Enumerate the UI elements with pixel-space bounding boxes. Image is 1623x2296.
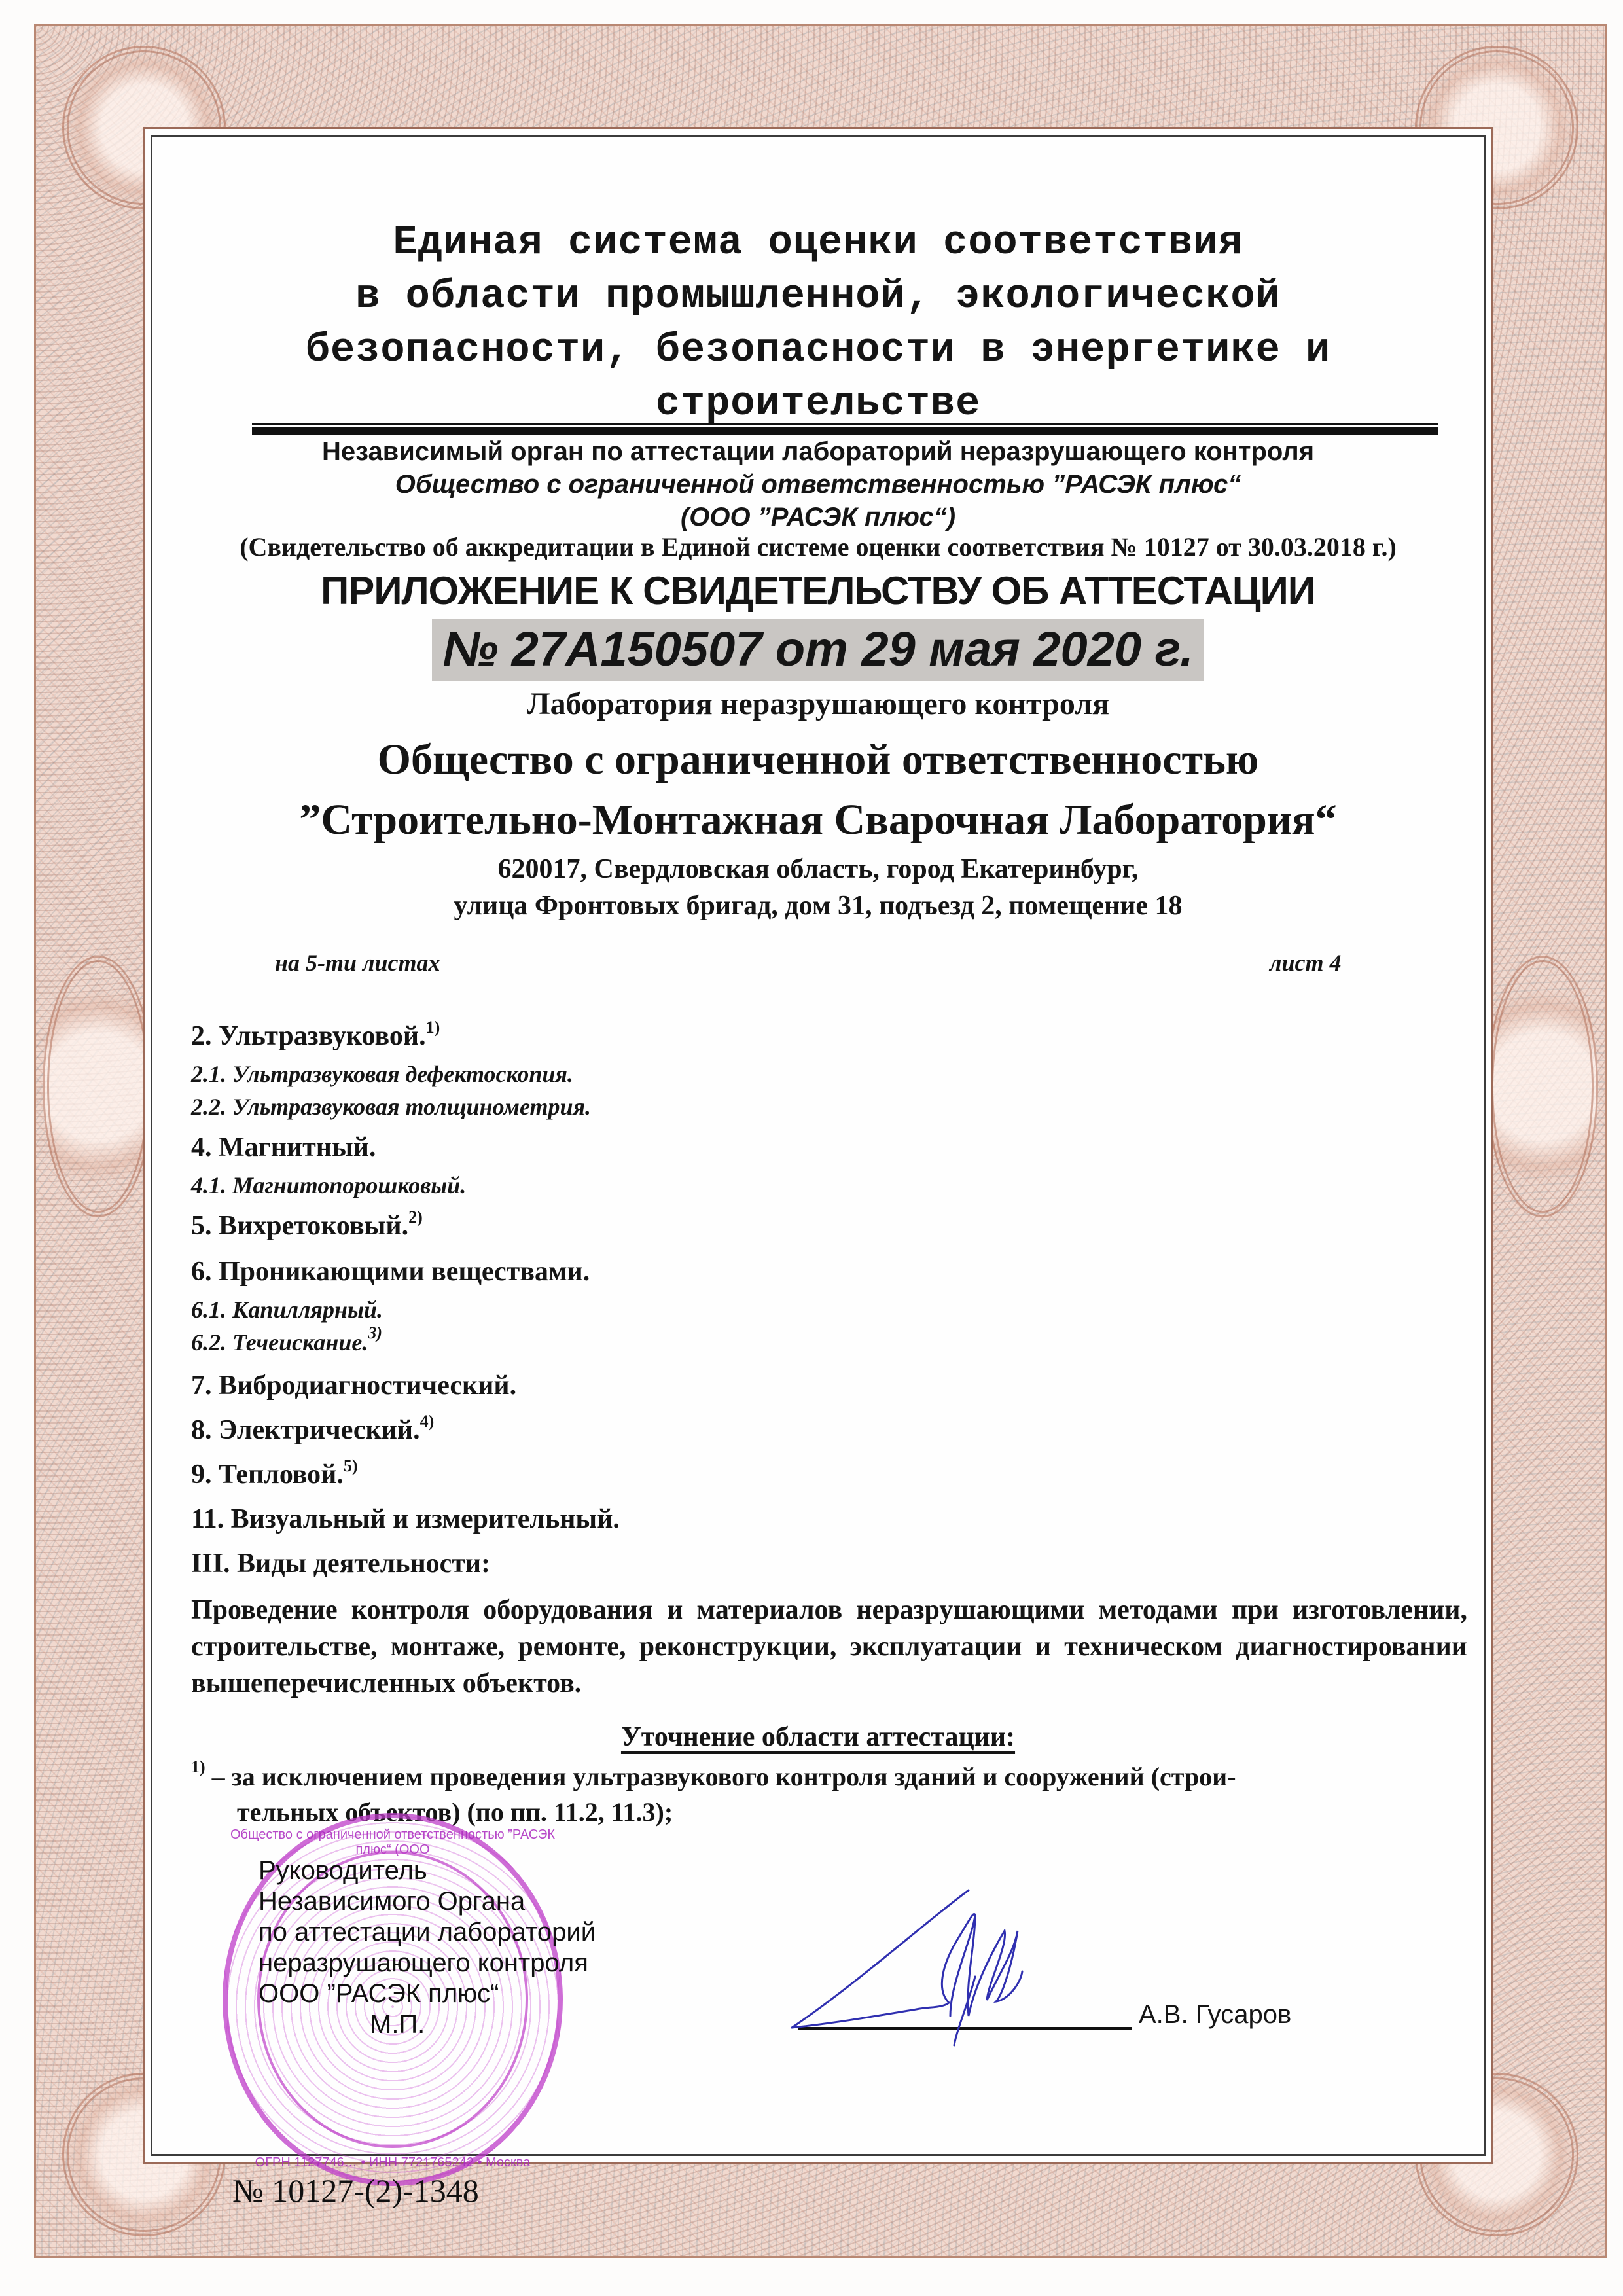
footnote-marker: 1) — [191, 1757, 205, 1776]
method-subitem: 6.2. Течеискание.3) — [191, 1327, 1467, 1358]
method-item: 11. Визуальный и измерительный. — [191, 1501, 1467, 1537]
side-ornament-right — [1487, 956, 1598, 1217]
lab-name: Общество с ограниченной ответственностью… — [164, 730, 1472, 850]
handwritten-signature — [779, 1885, 1119, 2049]
method-item: 5. Вихретоковый.2) — [191, 1208, 1467, 1244]
header-rule-thin — [252, 423, 1438, 425]
form-registration-number: № 10127-(2)-1348 — [232, 2172, 479, 2210]
method-item: 9. Тепловой.5) — [191, 1456, 1467, 1493]
system-title-line: Единая система оценки соответствия — [196, 216, 1440, 270]
method-subitem: 2.2. Ультразвуковая толщинометрия. — [191, 1091, 1467, 1122]
stamp-ring-text: Общество с ограниченной ответственностью… — [228, 1827, 558, 1857]
footnote-ref: 5) — [344, 1456, 358, 1475]
address-line: 620017, Свердловская область, город Екат… — [164, 851, 1472, 888]
system-title-line: безопасности, безопасности в энергетике … — [196, 323, 1440, 377]
signer-position: Руководитель Независимого Органа по атте… — [259, 1856, 596, 2040]
annex-title: ПРИЛОЖЕНИЕ К СВИДЕТЕЛЬСТВУ ОБ АТТЕСТАЦИИ — [164, 568, 1472, 613]
system-title-line: строительстве — [196, 377, 1440, 431]
side-ornament-left — [43, 956, 154, 1217]
system-title-line: в области промышленной, экологической — [196, 270, 1440, 323]
sheets-total: на 5-ти листах — [275, 949, 440, 977]
stamp-ring-text: ОГРН 1127746… • ИНН 7721765242 • Москва — [228, 2155, 558, 2170]
certificate-number: № 27А150507 от 29 мая 2020 г. — [432, 619, 1204, 681]
footnote-ref: 2) — [408, 1208, 423, 1227]
activities-heading: III. Виды деятельности: — [191, 1545, 1467, 1582]
lab-name-line: Общество с ограниченной ответственностью — [164, 730, 1472, 790]
footnote-ref: 3) — [368, 1323, 382, 1342]
lab-type: Лаборатория неразрушающего контроля — [164, 686, 1472, 722]
method-subitem: 6.1. Капиллярный. — [191, 1294, 1467, 1325]
certifying-org-full: Общество с ограниченной ответственностью… — [164, 470, 1472, 499]
activities-description: Проведение контроля оборудования и матер… — [191, 1592, 1467, 1702]
header-rule-thick — [252, 427, 1438, 435]
sheet-number: лист 4 — [1270, 949, 1341, 977]
certificate-number-block: № 27А150507 от 29 мая 2020 г. — [164, 619, 1472, 681]
methods-list: 2. Ультразвуковой.1) 2.1. Ультразвуковая… — [191, 1018, 1467, 1586]
signer-name: А.В. Гусаров — [1139, 2000, 1291, 2030]
address-line: улица Фронтовых бригад, дом 31, подъезд … — [164, 888, 1472, 924]
clarification-note-text: – за исключением проведения ультразвуков… — [212, 1762, 1236, 1791]
certifying-org-short: (ООО ”РАСЭК плюс“) — [164, 503, 1472, 532]
accreditation-line: (Свидетельство об аккредитации в Единой … — [164, 531, 1472, 562]
footnote-ref: 1) — [426, 1018, 440, 1037]
seal-mark: М.П. — [259, 2009, 596, 2040]
clarification-heading: Уточнение области аттестации: — [164, 1721, 1472, 1753]
certifying-body-name: Независимый орган по аттестации лаборато… — [164, 437, 1472, 467]
method-subitem: 4.1. Магнитопорошковый. — [191, 1170, 1467, 1201]
method-subitem: 2.1. Ультразвуковая дефектоскопия. — [191, 1058, 1467, 1090]
method-item: 2. Ультразвуковой.1) — [191, 1018, 1467, 1054]
lab-address: 620017, Свердловская область, город Екат… — [164, 851, 1472, 924]
method-item: 6. Проникающими веществами. — [191, 1253, 1467, 1290]
method-item: 4. Магнитный. — [191, 1129, 1467, 1166]
system-title: Единая система оценки соответствия в обл… — [196, 216, 1440, 431]
method-item: 7. Вибродиагностический. — [191, 1367, 1467, 1404]
footnote-ref: 4) — [420, 1412, 435, 1431]
method-item: 8. Электрический.4) — [191, 1412, 1467, 1448]
lab-name-line: ”Строительно-Монтажная Сварочная Лаборат… — [164, 790, 1472, 850]
